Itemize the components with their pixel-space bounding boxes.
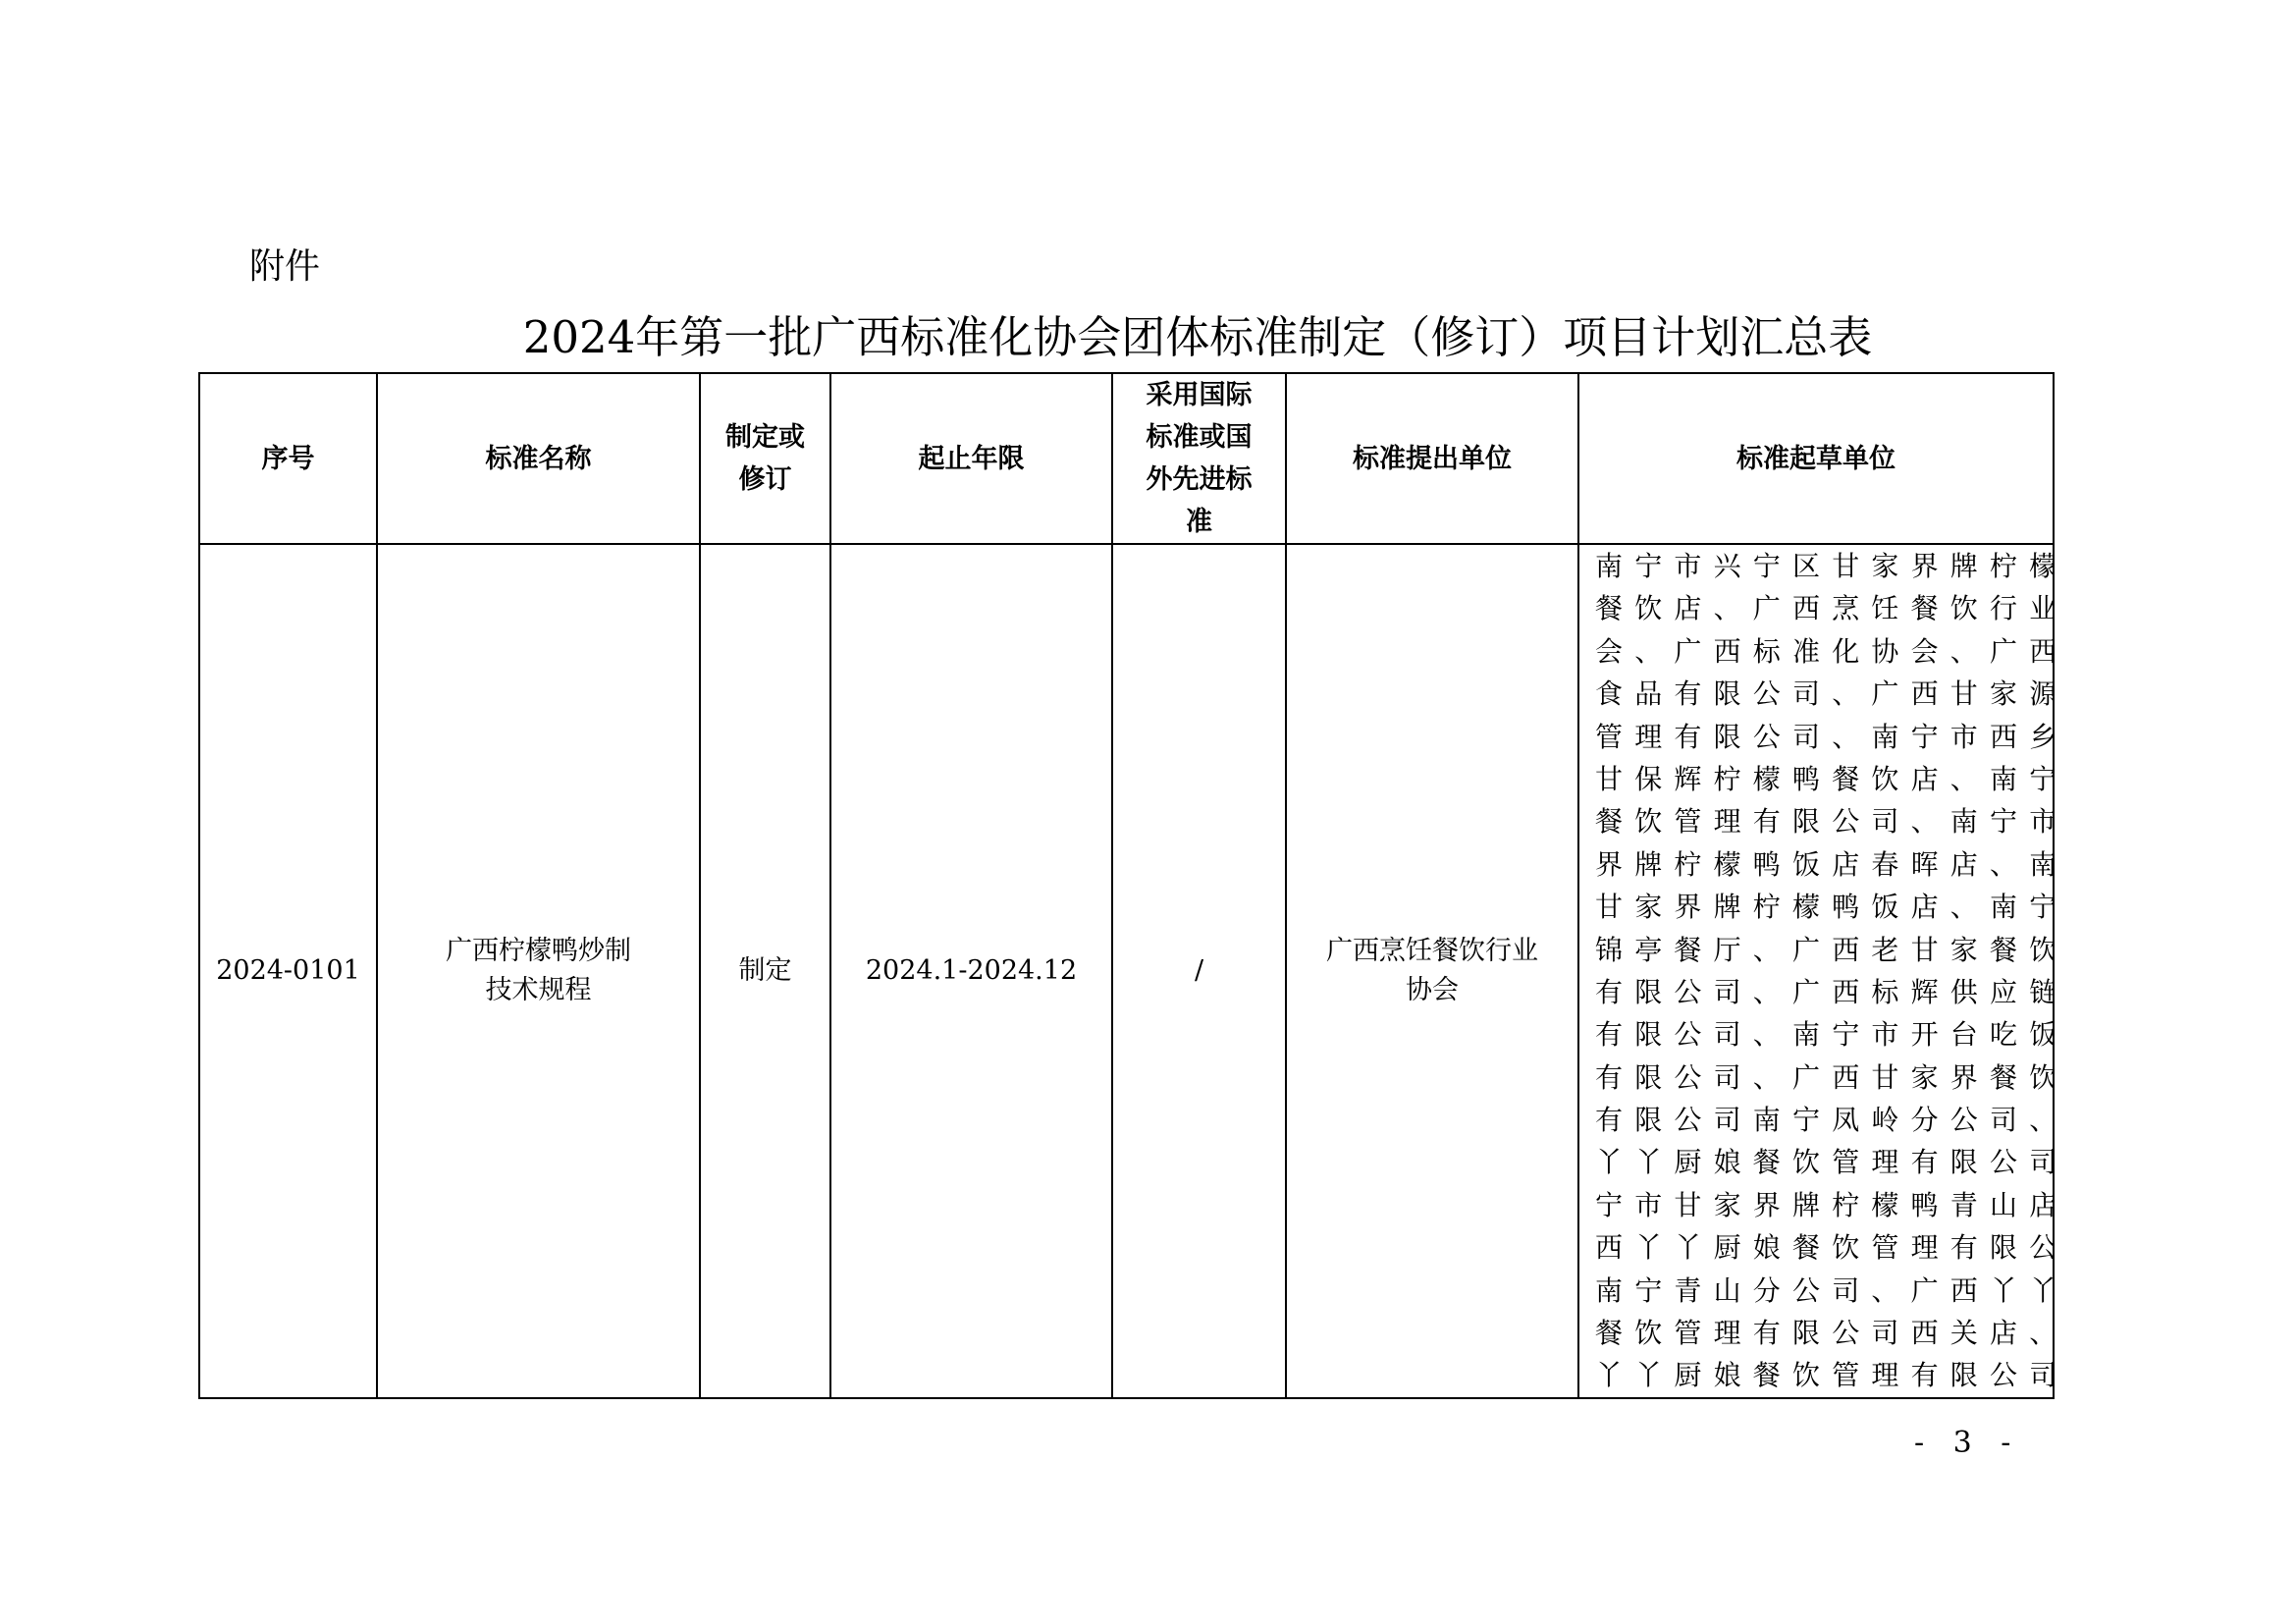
- drafter-line: 有限公司、广西标辉供应链管理: [1579, 971, 2053, 1013]
- cell-seq: 2024-0101: [199, 544, 377, 1398]
- header-standard-name: 标准名称: [377, 373, 700, 544]
- cell-period: 2024.1-2024.12: [830, 544, 1112, 1398]
- drafter-line: 餐饮管理有限公司西关店、广西: [1579, 1312, 2053, 1354]
- proposer-line: 协会: [1287, 971, 1577, 1010]
- drafter-line: 会、广西标准化协会、广西甘家: [1579, 630, 2053, 673]
- drafter-line: 南宁青山分公司、广西丫丫厨娘: [1579, 1270, 2053, 1312]
- drafter-line: 食品有限公司、广西甘家源餐饮: [1579, 673, 2053, 715]
- standard-name-line: 广西柠檬鸭炒制: [378, 932, 699, 971]
- table-header-row: 序号 标准名称 制定或 修订 起止年限 采用国际 标准或国 外先进标 准 标准提…: [199, 373, 2054, 544]
- page-number: - 3 -: [1914, 1424, 2020, 1463]
- header-proposer: 标准提出单位: [1286, 373, 1578, 544]
- drafter-line: 界牌柠檬鸭饭店春晖店、南宁市: [1579, 843, 2053, 886]
- header-adopt-line: 标准或国: [1113, 416, 1285, 459]
- header-drafter: 标准起草单位: [1578, 373, 2054, 544]
- cell-standard-name: 广西柠檬鸭炒制 技术规程: [377, 544, 700, 1398]
- standard-name-line: 技术规程: [378, 971, 699, 1010]
- cell-proposer: 广西烹饪餐饮行业 协会: [1286, 544, 1578, 1398]
- drafter-line: 锦亭餐厅、广西老甘家餐饮管理: [1579, 929, 2053, 971]
- project-plan-table: 序号 标准名称 制定或 修订 起止年限 采用国际 标准或国 外先进标 准 标准提…: [198, 372, 2055, 1399]
- header-adopt-line: 采用国际: [1113, 374, 1285, 416]
- header-type-line: 制定或: [701, 416, 829, 459]
- drafter-line: 丫丫厨娘餐饮管理有限公司安: [1579, 1354, 2053, 1396]
- cell-type: 制定: [700, 544, 830, 1398]
- header-type-line: 修订: [701, 459, 829, 501]
- header-adopt-line: 准: [1113, 501, 1285, 543]
- drafter-line: 南宁市兴宁区甘家界牌柠檬鸭: [1579, 545, 2053, 587]
- header-type: 制定或 修订: [700, 373, 830, 544]
- drafter-line: 丫丫厨娘餐饮管理有限公司、南: [1579, 1141, 2053, 1183]
- drafter-line: 宁市甘家界牌柠檬鸭青山店、广: [1579, 1184, 2053, 1226]
- drafter-line: 餐饮管理有限公司、南宁市甘家: [1579, 800, 2053, 842]
- drafter-line: 管理有限公司、南宁市西乡塘区: [1579, 716, 2053, 758]
- cell-drafter: 南宁市兴宁区甘家界牌柠檬鸭 餐饮店、广西烹饪餐饮行业协 会、广西标准化协会、广西…: [1578, 544, 2054, 1398]
- document-title: 2024年第一批广西标准化协会团体标准制定（修订）项目计划汇总表: [226, 310, 2052, 365]
- header-period: 起止年限: [830, 373, 1112, 544]
- table-row: 2024-0101 广西柠檬鸭炒制 技术规程 制定 2024.1-2024.12…: [199, 544, 2054, 1398]
- proposer-line: 广西烹饪餐饮行业: [1287, 932, 1577, 971]
- drafter-line: 有限公司、广西甘家界餐饮管理: [1579, 1056, 2053, 1099]
- drafter-line: 有限公司南宁凤岭分公司、广西: [1579, 1099, 2053, 1141]
- header-seq: 序号: [199, 373, 377, 544]
- drafter-line: 西丫丫厨娘餐饮管理有限公司: [1579, 1226, 2053, 1269]
- cell-adopt: /: [1112, 544, 1286, 1398]
- drafter-line: 有限公司、南宁市开台吃饭餐饮: [1579, 1013, 2053, 1056]
- header-adopt-line: 外先进标: [1113, 459, 1285, 501]
- header-adopt-international: 采用国际 标准或国 外先进标 准: [1112, 373, 1286, 544]
- drafter-line: 甘家界牌柠檬鸭饭店、南宁市宏: [1579, 886, 2053, 928]
- drafter-line: 餐饮店、广西烹饪餐饮行业协: [1579, 587, 2053, 629]
- attachment-label: 附件: [249, 245, 320, 289]
- drafter-line: 甘保辉柠檬鸭餐饮店、南宁鸿辉: [1579, 758, 2053, 800]
